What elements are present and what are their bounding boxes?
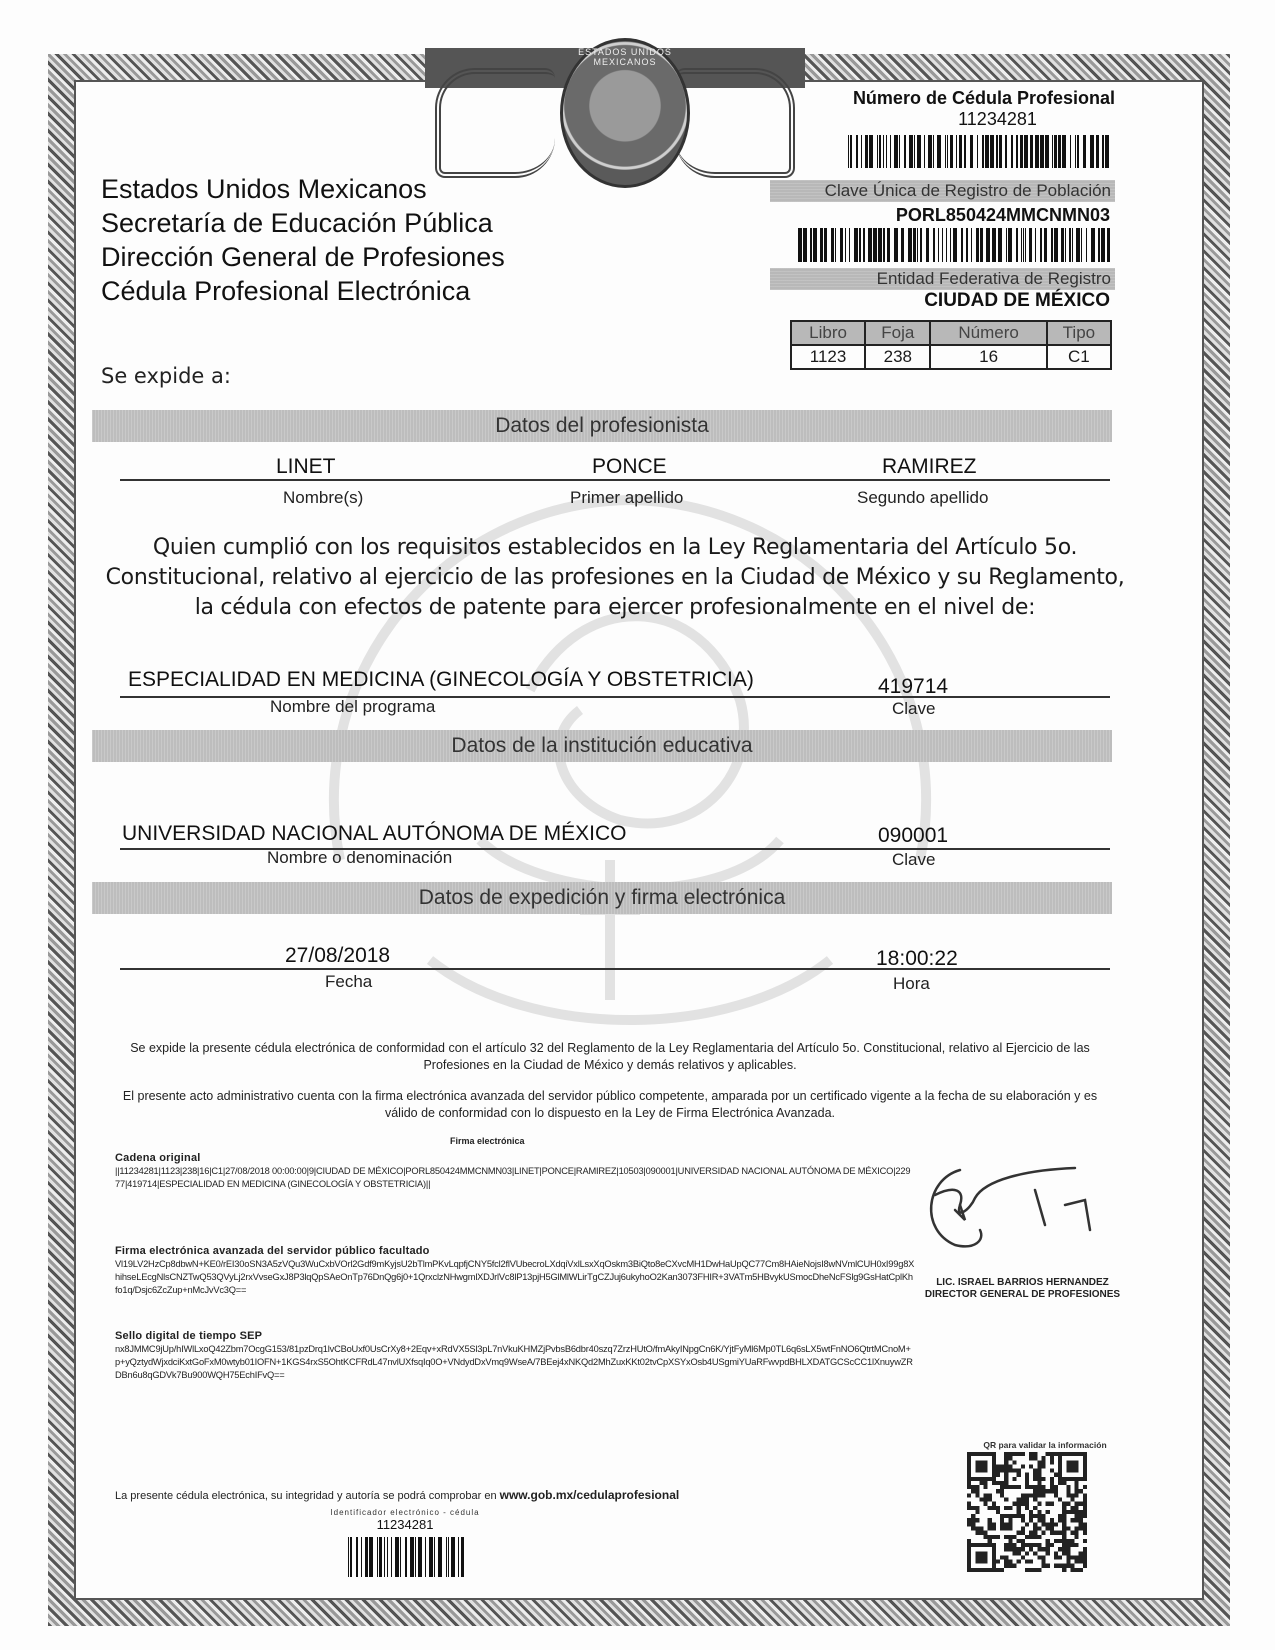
section-institution: Datos de la institución educativa <box>92 730 1112 762</box>
header-line: Dirección General de Profesiones <box>101 240 505 274</box>
seal-text: ESTADOS UNIDOS MEXICANOS <box>563 47 687 67</box>
registry-tipo: C1 <box>1047 345 1111 369</box>
cedula-barcode <box>848 135 1113 168</box>
firma-servidor-title: Firma electrónica avanzada del servidor … <box>115 1245 915 1258</box>
first-name-label: Nombre(s) <box>283 488 363 508</box>
institution-name: UNIVERSIDAD NACIONAL AUTÓNOMA DE MÉXICO <box>122 822 626 846</box>
qr-label: QR para validar la información <box>950 1440 1140 1450</box>
cedula-document: ESTADOS UNIDOS MEXICANOS Estados Unidos … <box>0 0 1275 1650</box>
eagle-seal-icon: ESTADOS UNIDOS MEXICANOS <box>560 38 690 188</box>
legal-paragraph-1: Se expide la presente cédula electrónica… <box>110 1040 1110 1074</box>
signer-name: LIC. ISRAEL BARRIOS HERNANDEZ <box>915 1277 1130 1289</box>
cedula-number-block: Número de Cédula Profesional 11234281 <box>770 88 1115 130</box>
registry-header-foja: Foja <box>865 321 930 345</box>
header-line: Estados Unidos Mexicanos <box>101 172 505 206</box>
header-line: Cédula Profesional Electrónica <box>101 274 505 308</box>
second-surname: RAMIREZ <box>882 455 977 479</box>
verify-url-link[interactable]: www.gob.mx/cedulaprofesional <box>500 1488 680 1502</box>
header-line: Secretaría de Educación Pública <box>101 206 505 240</box>
registry-numero: 16 <box>930 345 1046 369</box>
firma-servidor: Firma electrónica avanzada del servidor … <box>115 1245 915 1297</box>
issued-to-label: Se expide a: <box>101 364 231 388</box>
section-professional: Datos del profesionista <box>92 410 1112 442</box>
first-surname: PONCE <box>592 455 667 479</box>
registry-header-tipo: Tipo <box>1047 321 1111 345</box>
field-underline <box>120 479 1110 481</box>
verify-text: La presente cédula electrónica, su integ… <box>115 1490 500 1502</box>
qr-code-icon[interactable] <box>967 1452 1087 1572</box>
entity-label: Entidad Federativa de Registro <box>770 268 1115 290</box>
institution-key: 090001 <box>878 824 948 848</box>
registry-header-numero: Número <box>930 321 1046 345</box>
issue-date-label: Fecha <box>325 972 372 992</box>
statement-line: Quien cumplió con los requisitos estable… <box>95 533 1135 563</box>
signer-title: DIRECTOR GENERAL DE PROFESIONES <box>915 1289 1130 1301</box>
institution-key-label: Clave <box>892 850 935 870</box>
entity-value: CIUDAD DE MÉXICO <box>770 290 1110 312</box>
sello-sep-text: nx8JMMC9jUp/hIWlLxoQ42Zbm7OcgG153/81pzDr… <box>115 1343 915 1382</box>
program-key-label: Clave <box>892 699 935 719</box>
field-underline <box>120 968 1110 970</box>
issuer-header: Estados Unidos Mexicanos Secretaría de E… <box>101 172 505 308</box>
program-name: ESPECIALIDAD EN MEDICINA (GINECOLOGÍA Y … <box>128 668 754 692</box>
curp-barcode <box>798 228 1112 262</box>
sello-sep: Sello digital de tiempo SEP nx8JMMC9jUp/… <box>115 1330 915 1382</box>
cadena-original: Cadena original ||11234281|1123|238|16|C… <box>115 1152 915 1191</box>
cadena-original-text: ||11234281|1123|238|16|C1|27/08/2018 00:… <box>115 1165 915 1191</box>
cadena-original-title: Cadena original <box>115 1152 915 1165</box>
statement-line: la cédula con efectos de patente para ej… <box>95 593 1135 623</box>
registry-libro: 1123 <box>791 345 865 369</box>
legal-paragraph-2: El presente acto administrativo cuenta c… <box>110 1088 1110 1122</box>
firma-servidor-text: Vl19LV2HzCp8dbwN+KE0/rEI30oSN3A5zVQu3WuC… <box>115 1258 915 1297</box>
first-name: LINET <box>276 455 336 479</box>
cedula-number-label: Número de Cédula Profesional <box>770 88 1115 109</box>
legal-statement: Quien cumplió con los requisitos estable… <box>95 533 1135 623</box>
sello-sep-title: Sello digital de tiempo SEP <box>115 1330 915 1343</box>
issue-date: 27/08/2018 <box>285 944 390 968</box>
handwritten-signature <box>915 1150 1115 1250</box>
signature-heading: Firma electrónica <box>450 1136 525 1146</box>
first-surname-label: Primer apellido <box>570 488 683 508</box>
issue-time-label: Hora <box>893 974 930 994</box>
verify-statement: La presente cédula electrónica, su integ… <box>115 1488 679 1502</box>
cedula-number: 11234281 <box>880 109 1115 130</box>
field-underline <box>120 696 1110 698</box>
curp-label: Clave Única de Registro de Población <box>770 180 1115 202</box>
registry-foja: 238 <box>865 345 930 369</box>
signer-block: LIC. ISRAEL BARRIOS HERNANDEZ DIRECTOR G… <box>915 1277 1130 1301</box>
identifier-barcode <box>348 1537 468 1577</box>
registry-table: Libro Foja Número Tipo 1123 238 16 C1 <box>790 320 1112 370</box>
identifier-number: 11234281 <box>300 1517 510 1532</box>
identifier-label: Identificador electrónico - cédula <box>300 1508 510 1517</box>
second-surname-label: Segundo apellido <box>857 488 988 508</box>
institution-name-label: Nombre o denominación <box>267 848 452 868</box>
statement-line: Constitucional, relativo al ejercicio de… <box>95 563 1135 593</box>
program-name-label: Nombre del programa <box>270 697 435 717</box>
registry-header-libro: Libro <box>791 321 865 345</box>
scroll-ornament-icon <box>435 68 555 178</box>
section-issuance: Datos de expedición y firma electrónica <box>92 882 1112 914</box>
curp-value: PORL850424MMCNMN03 <box>770 205 1110 226</box>
